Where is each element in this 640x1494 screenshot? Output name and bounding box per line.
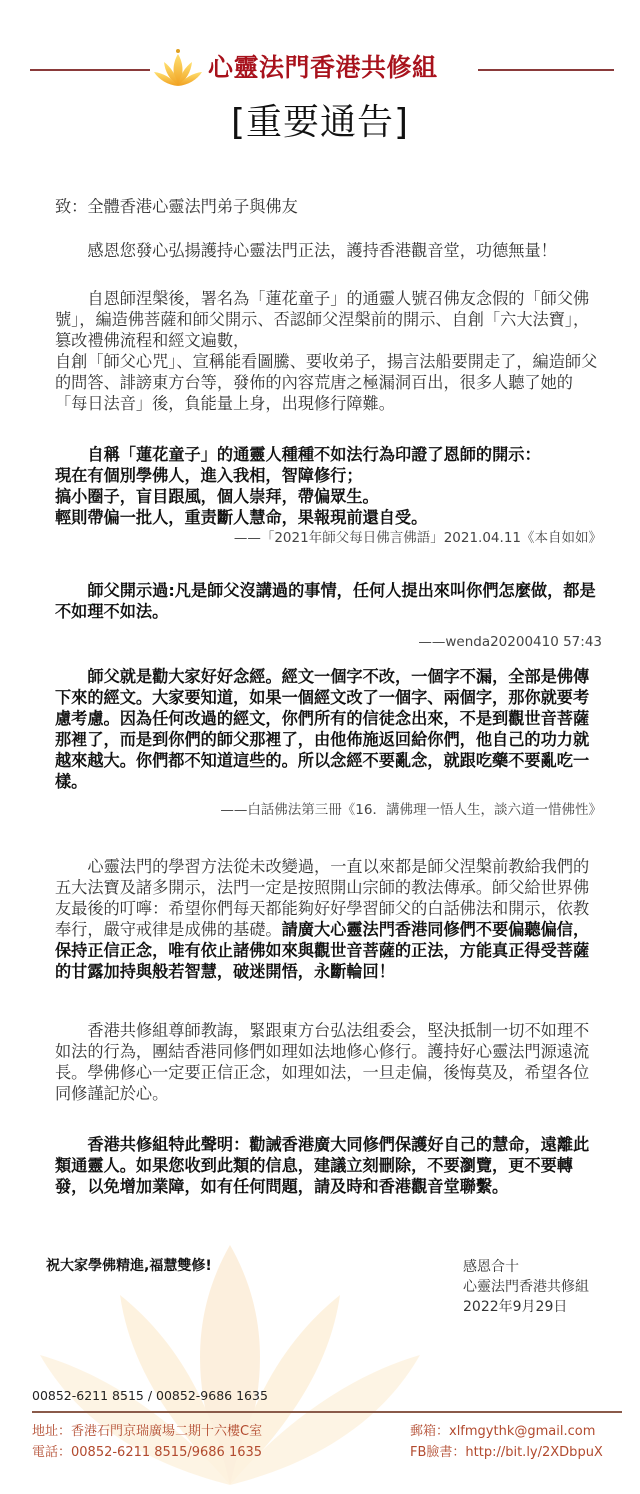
quote-line: 搞小圈子，盲目跟風，個人崇拜，帶偏眾生。: [55, 486, 602, 507]
org-name: 心靈法門香港共修組: [208, 48, 438, 84]
quote-line: 輕則帶偏一批人，重责斷人慧命，果報現前還自受。: [55, 507, 602, 528]
quote-text: 師父開示過:凡是師父沒講過的事情，任何人提出來叫你們怎麼做，都是不如理不如法。: [55, 580, 602, 622]
quote-block-2: 師父開示過:凡是師父沒講過的事情，任何人提出來叫你們怎麼做，都是不如理不如法。 …: [55, 580, 602, 653]
quote-block-1: 自稱「蓮花童子」的通靈人種種不如法行為印證了恩師的開示： 現在有個別學佛人，進入…: [55, 444, 602, 549]
quote-block-3: 師父就是勸大家好好念經。經文一個字不改，一個字不漏，全部是佛傳下來的經文。大家要…: [55, 666, 602, 821]
signature-date: 2022年9月29日: [463, 1297, 589, 1317]
signature-block: 感恩合十 心靈法門香港共修組 2022年9月29日: [463, 1257, 589, 1317]
paragraph-text: 香港共修組尊師教誨，緊跟東方台弘法组委会，堅決抵制一切不如理不如法的行為，團結香…: [55, 1020, 602, 1104]
signature-org: 心靈法門香港共修組: [463, 1277, 589, 1297]
quote-citation: ——wenda20200410 57:43: [55, 632, 602, 653]
quote-line: 現在有個別學佛人，進入我相，智障修行；: [55, 465, 602, 486]
email-link[interactable]: 郵箱：xlfmgythk@gmail.com: [410, 1421, 603, 1442]
paragraph-text: 自恩師涅槃後，署名為「蓮花童子」的通靈人號召佛友念假的「師父佛號」，編造佛菩薩和…: [55, 288, 602, 351]
salutation: 致：全體香港心靈法門弟子與佛友: [55, 196, 602, 217]
footer-divider: [32, 1411, 622, 1413]
quote-citation: ——白話佛法第三冊《16．講佛理一悟人生，談六道一惜佛性》: [55, 800, 602, 821]
quote-intro: 自稱「蓮花童子」的通靈人種種不如法行為印證了恩師的開示：: [55, 444, 602, 465]
salutation-block: 致：全體香港心靈法門弟子與佛友: [55, 196, 602, 217]
signature-line: 感恩合十: [463, 1257, 589, 1277]
quote-citation: ——「2021年師父每日佛言佛語」2021.04.11《本自如如》: [55, 528, 602, 549]
paragraph-4: 香港共修組尊師教誨，緊跟東方台弘法组委会，堅決抵制一切不如理不如法的行為，團結香…: [55, 1020, 602, 1104]
paragraph-text: 感恩您發心弘揚護持心靈法門正法，護持香港觀音堂，功德無量！: [55, 240, 602, 261]
phone-numbers: 00852-6211 8515 / 00852-9686 1635: [32, 1388, 268, 1403]
footer-contact-left: 地址：香港石門京瑞廣場二期十六樓C室 電話：00852-6211 8515/96…: [32, 1421, 262, 1463]
paragraph-text: 香港共修組特此聲明：勸誡香港廣大同修們保護好自己的慧命，遠離此類通靈人。如果您收…: [55, 1134, 602, 1197]
lotus-icon: [152, 48, 204, 88]
footer-contact-right: 郵箱：xlfmgythk@gmail.com FB臉書：http://bit.l…: [410, 1421, 603, 1463]
header-rule-left: [30, 69, 150, 71]
address: 地址：香港石門京瑞廣場二期十六樓C室: [32, 1421, 262, 1442]
paragraph-5: 香港共修組特此聲明：勸誡香港廣大同修們保護好自己的慧命，遠離此類通靈人。如果您收…: [55, 1134, 602, 1197]
notice-title: [重要通告]: [0, 94, 640, 145]
paragraph-text: 自創「師父心咒」、宣稱能看圖騰、要收弟子，揚言法船要開走了，編造師父的問答、誹謗…: [55, 351, 602, 414]
paragraph-1: 感恩您發心弘揚護持心靈法門正法，護持香港觀音堂，功德無量！: [55, 240, 602, 261]
page-header: 心靈法門香港共修組: [0, 44, 640, 90]
closing-greeting: 祝大家學佛精進,福慧雙修!: [46, 1255, 212, 1275]
paragraph-text: 心靈法門的學習方法從未改變過，一直以來都是師父涅槃前教給我們的五大法寶及諸多開示…: [55, 856, 602, 982]
facebook-link[interactable]: FB臉書：http://bit.ly/2XDbpuX: [410, 1442, 603, 1463]
header-rule-right: [478, 69, 614, 71]
telephone: 電話：00852-6211 8515/9686 1635: [32, 1442, 262, 1463]
quote-text: 師父就是勸大家好好念經。經文一個字不改，一個字不漏，全部是佛傳下來的經文。大家要…: [55, 666, 602, 792]
paragraph-3: 心靈法門的學習方法從未改變過，一直以來都是師父涅槃前教給我們的五大法寶及諸多開示…: [55, 856, 602, 982]
paragraph-2: 自恩師涅槃後，署名為「蓮花童子」的通靈人號召佛友念假的「師父佛號」，編造佛菩薩和…: [55, 288, 602, 414]
